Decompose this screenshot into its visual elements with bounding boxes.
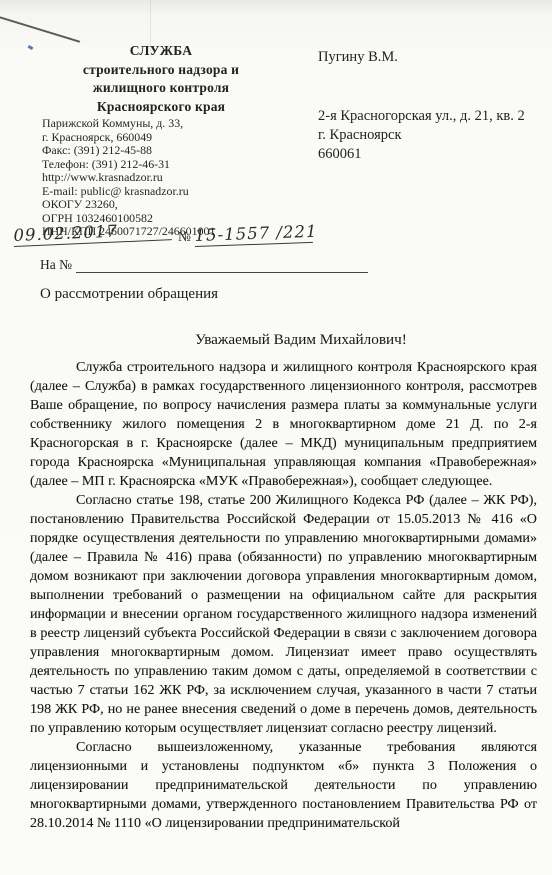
recipient-street: 2-я Красногорская ул., д. 21, кв. 2	[318, 107, 543, 126]
reply-to-blank-field	[76, 259, 368, 273]
scanned-letter-page: СЛУЖБА строительного надзора и жилищного…	[0, 0, 552, 875]
body-paragraph-1: Служба строительного надзора и жилищного…	[30, 358, 537, 491]
contact-email: E-mail: public@ krasnadzor.ru	[42, 185, 282, 199]
recipient-postal-code: 660061	[318, 145, 543, 164]
contact-city: г. Красноярск, 660049	[42, 131, 282, 145]
letter-subject: О рассмотрении обращения	[40, 286, 218, 303]
recipient-name: Пугину В.М.	[318, 48, 543, 67]
registration-line: 09.02.2017№15-1557 /221	[14, 226, 344, 247]
handwritten-outgoing-number: 15-1557 /221	[194, 222, 313, 247]
reply-to-label: На №	[40, 257, 72, 272]
letter-body: Служба строительного надзора и жилищного…	[30, 358, 537, 833]
pen-ink-dot	[28, 45, 34, 50]
recipient-block: Пугину В.М. 2-я Красногорская ул., д. 21…	[318, 48, 543, 164]
number-sign: №	[178, 229, 191, 245]
contact-website: http://www.krasnadzor.ru	[42, 171, 282, 185]
contact-phone: Телефон: (391) 212-46-31	[42, 158, 282, 172]
recipient-city: г. Красноярск	[318, 126, 543, 145]
contact-street: Парижской Коммуны, д. 33,	[42, 117, 282, 131]
body-paragraph-2: Согласно статье 198, статье 200 Жилищног…	[30, 491, 537, 738]
pen-stroke-mark	[0, 15, 80, 43]
org-name-line-4: Красноярского края	[46, 98, 276, 117]
body-paragraph-3: Согласно вышеизложенному, указанные треб…	[30, 738, 537, 833]
org-name-line-3: жилищного контроля	[46, 79, 276, 98]
reply-to-number-line: На №	[40, 257, 368, 273]
salutation: Уважаемый Вадим Михайлович!	[60, 331, 542, 349]
contact-fax: Факс: (391) 212-45-88	[42, 144, 282, 158]
handwritten-date: 09.02.2017	[13, 219, 172, 247]
letterhead-org-name: СЛУЖБА строительного надзора и жилищного…	[46, 42, 276, 116]
org-name-line-2: строительного надзора и	[46, 61, 276, 80]
contact-okogu: ОКОГУ 23260,	[42, 198, 282, 212]
org-name-line-1: СЛУЖБА	[46, 42, 276, 61]
